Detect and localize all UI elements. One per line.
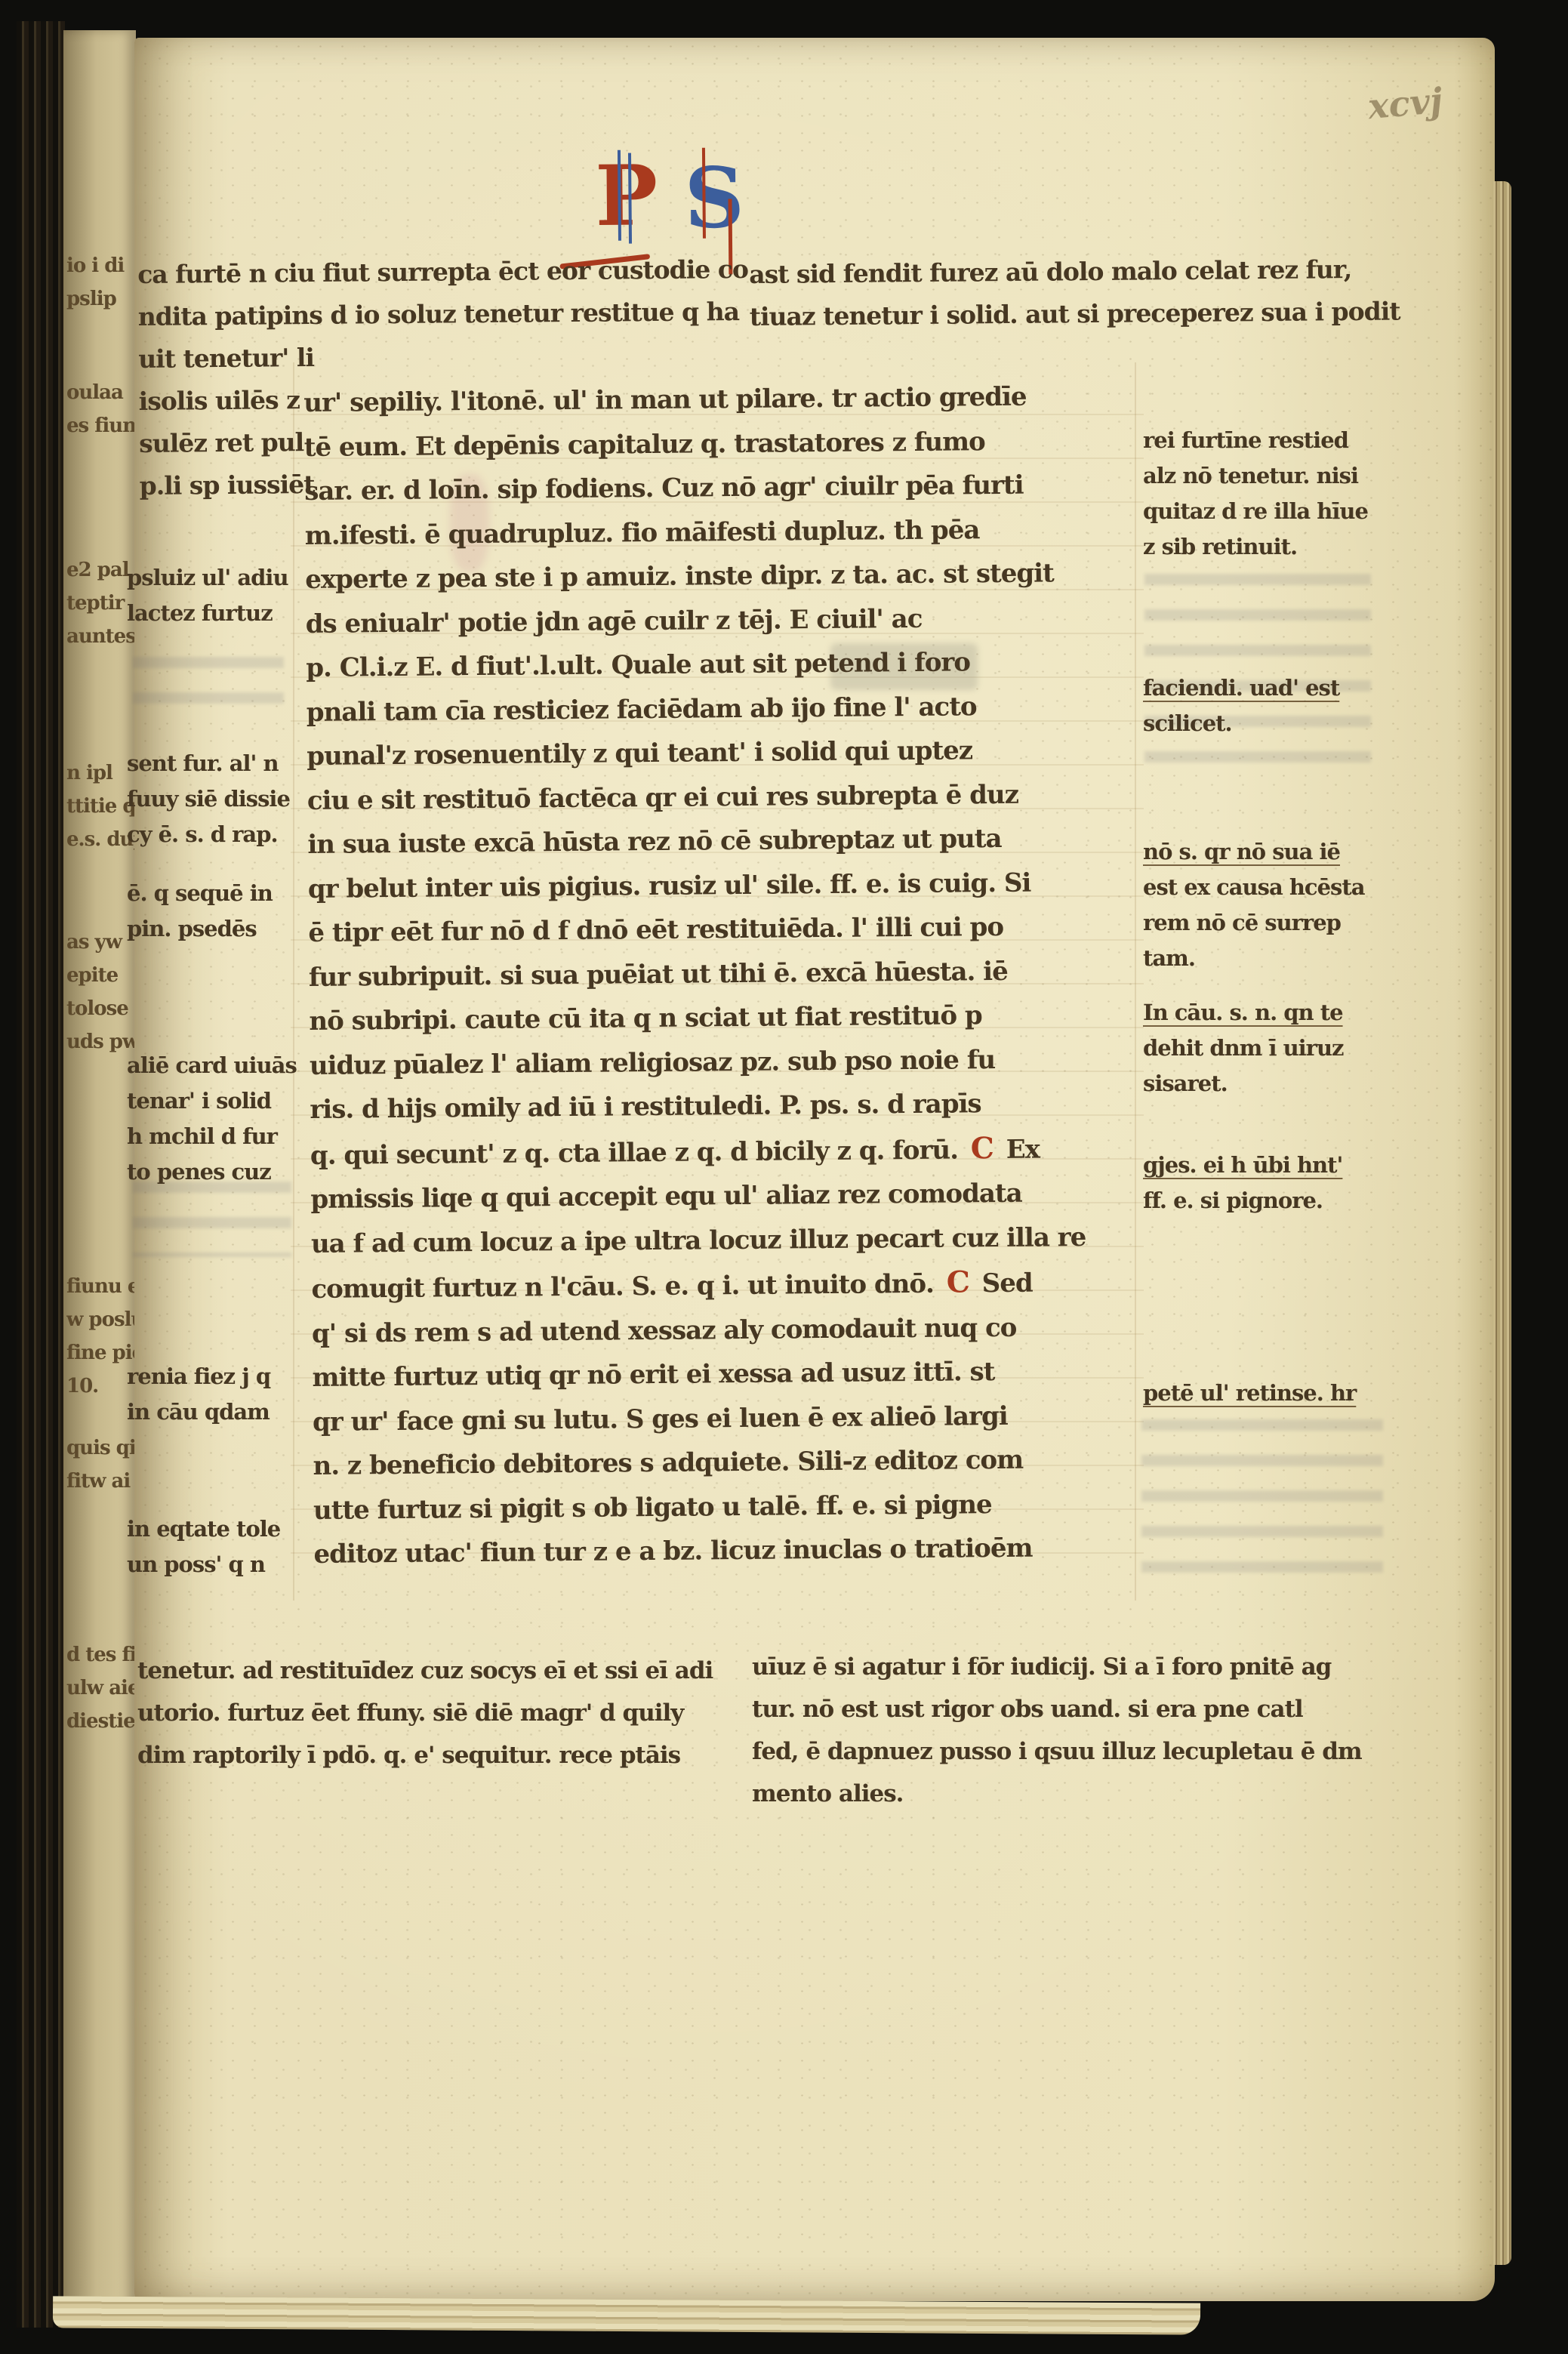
text-line: n. z beneficio debitores s adquiete. Sil… [313,1437,1143,1488]
text-line: scilicet. [1143,706,1400,741]
text-line: quitaz d re illa hīue [1143,494,1400,529]
margin-note-left: in eqtate toleun poss' q n [127,1511,297,1582]
text-line: fed, ē dapnuez pusso i qsuu illuz lecupl… [752,1730,1401,1773]
paragraph-mark: C [942,1265,975,1299]
text-line: epite [66,959,134,992]
edge-fragment-cluster: n iplttitie qe.s. dup [66,756,134,856]
edge-fragment-cluster: fiunu eew poslufine pie10. [66,1270,134,1403]
text-line: q. qui secunt' z q. cta illae z q. d bic… [310,1125,1141,1178]
text-line: est ex causa hcēsta [1143,870,1400,905]
text-line: petē ul' retinse. hr [1143,1376,1400,1411]
text-line: to penes cuz [127,1154,297,1190]
margin-note-right: In cāu. s. n. qn tedehit dnm ī uiruzsisa… [1143,995,1400,1102]
top-right-annotation: ast sid fendit furez aū dolo malo celat … [749,248,1391,338]
page-stack-bottom-edge [53,2296,1200,2334]
margin-note-right: nō s. qr nō sua iēest ex causa hcēstarem… [1143,834,1400,976]
text-line: teptir [66,587,134,620]
edge-fragment-cluster: oulaaes fiun [66,376,134,442]
margin-note-right: gjes. ei h ūbi hnt'ff. e. si pignore. [1143,1148,1400,1219]
text-line: p. Cl.i.z E. d fiut'.l.ult. Quale aut si… [306,639,1136,690]
book-spine-page-edges [17,21,65,2328]
bottom-left-annotation: tenetur. ad restituīdez cuz socys eī et … [137,1650,726,1776]
text-line: utte furtuz si pigit s ob ligato u talē.… [313,1481,1144,1533]
text-line: in cāu qdam [127,1394,297,1430]
text-line: fur subripuit. si sua puēiat ut tihi ē. … [309,948,1139,1000]
text-line: editoz utac' fiun tur z e a bz. licuz in… [313,1525,1144,1576]
text-line: e2 pal [66,553,134,587]
text-line: as yw [66,926,134,959]
bottom-right-annotation: uīuz ē si agatur i fōr iudicij. Si a ī f… [752,1646,1401,1815]
text-line: io i di [66,249,134,282]
text-line: qr belut inter uis pigius. rusiz ul' sil… [308,860,1138,911]
text-line: uiduz pūalez l' aliam religiosaz pz. sub… [310,1037,1140,1088]
text-line: fine pie [66,1336,134,1370]
text-line: es fiun [66,409,134,442]
edge-fragment-cluster: d tes fitulw aiediestie [66,1638,134,1738]
text-line: uds pw [66,1025,134,1058]
text-line: gjes. ei h ūbi hnt' [1143,1148,1400,1183]
underlying-leaf-edge [63,30,136,2314]
text-line: n ipl [66,756,134,790]
text-line: in sua iuste excā hūsta rez nō cē subrep… [307,815,1138,867]
text-line: 10. [66,1370,134,1403]
text-line: e.s. dup [66,823,134,856]
text-line: d tes fit [66,1638,134,1672]
text-line: diestie [66,1705,134,1738]
text-line: fuuy siē dissie [127,781,297,817]
text-line: tē eum. Et depēnis capitaluz q. trastato… [304,418,1135,470]
text-line: auntes [66,620,134,653]
text-line: punal'z rosenuentily z qui teant' i soli… [307,727,1137,778]
text-line: sar. er. d loīn. sip fodiens. Cuz nō agr… [304,462,1135,513]
edge-fragment-cluster: as ywepitetoloseuds pw [66,926,134,1058]
text-line: ast sid fendit furez aū dolo malo celat … [749,248,1391,296]
text-line: dim raptorily ī pdō. q. e' sequitur. rec… [137,1734,726,1776]
text-line: tur. nō est ust rigor obs uand. si era p… [752,1688,1401,1730]
text-line: ca furtē n ciu fiut surrepta ēct eor cus… [137,248,719,296]
margin-note-right: faciendi. uad' estscilicet. [1143,670,1400,741]
text-line: pnali tam cīa resticiez faciēdam ab ijo … [307,683,1137,735]
text-line: oulaa [66,376,134,409]
text-line: nō subripi. caute cū ita q n sciat ut fi… [309,992,1139,1043]
manuscript-photo: io i dipslip oulaaes fiun e2 palteptirau… [0,0,1568,2354]
margin-note-left: aliē card uiuāstenar' i solidh mchil d f… [127,1048,297,1190]
margin-note-left: renia fiez j qin cāu qdam [127,1359,297,1430]
text-line: uīuz ē si agatur i fōr iudicij. Si a ī f… [752,1646,1401,1688]
edge-fragment-cluster: io i dipslip [66,249,134,316]
running-title-letter-p: P [595,154,658,238]
text-line: quis qil [66,1431,134,1465]
margin-note-left: sent fur. al' nfuuy siē dissiecy ē. s. d… [127,746,297,852]
text-line: ndita patipins d io soluz tenetur restit… [137,291,719,338]
text-line: fitw ai [66,1465,134,1498]
text-line: mento alies. [752,1773,1401,1815]
text-line: uit tenetur' li [138,333,719,381]
text-line: comugit furtuz n l'cāu. S. e. q i. ut in… [311,1259,1141,1311]
text-line: un poss' q n [127,1547,297,1582]
text-line: ff. e. si pignore. [1143,1183,1400,1219]
text-line: experte z pea ste i p amuiz. inste dipr.… [305,550,1135,602]
text-line: pin. psedēs [127,911,297,947]
margin-note-right: rei furtīne restiedalz nō tenetur. nisiq… [1143,423,1400,565]
text-line: ulw aie [66,1672,134,1705]
running-title: P S [595,153,777,260]
text-line: tenetur. ad restituīdez cuz socys eī et … [137,1650,726,1692]
text-line: w poslu [66,1303,134,1336]
text-line: In cāu. s. n. qn te [1143,995,1400,1031]
text-line: tam. [1143,941,1400,976]
text-line: fiunu ee [66,1270,134,1303]
text-line: alz nō tenetur. nisi [1143,458,1400,494]
running-title-letter-s: S [684,156,744,240]
text-line: rei furtīne restied [1143,423,1400,458]
text-line: q' si ds rem s ad utend xessaz aly comod… [312,1305,1142,1356]
paragraph-mark: C [966,1131,999,1166]
text-line: mitte furtuz utiq qr nō erit ei xessa ad… [312,1348,1142,1400]
main-text-column: ur' sepiliy. l'itonē. ul' in man ut pila… [303,374,1144,1576]
text-line: ē. q sequē in [127,876,297,911]
text-line: tenar' i solid [127,1083,297,1119]
edge-fragment-cluster: quis qilfitw ai [66,1431,134,1498]
margin-note-left: psluiz ul' adiulactez furtuz [127,560,297,631]
margin-note-right: petē ul' retinse. hr [1143,1376,1400,1411]
page-stack-right-edge [1493,181,1511,2265]
text-line: z sib retinuit. [1143,529,1400,565]
text-line: sent fur. al' n [127,746,297,781]
text-line: pmissis liqe q qui accepit equ ul' aliaz… [310,1170,1141,1222]
text-line: ds eniualr' potie jdn agē cuilr z tēj. E… [306,595,1136,646]
edge-fragment-cluster: e2 palteptirauntes [66,553,134,653]
text-line: ē tipr eēt fur nō d f dnō eēt restituiēd… [308,904,1138,955]
text-line: pslip [66,282,134,316]
text-line: nō s. qr nō sua iē [1143,834,1400,870]
text-line: ur' sepiliy. l'itonē. ul' in man ut pila… [303,374,1134,425]
margin-note-left: ē. q sequē inpin. psedēs [127,876,297,947]
text-line: psluiz ul' adiu [127,560,297,596]
text-line: tolose [66,992,134,1025]
text-line: ua f ad cum locuz a ipe ultra locuz illu… [311,1215,1141,1266]
text-line: qr ur' face gni su lutu. S ges ei luen ē… [313,1393,1143,1444]
text-line: m.ifesti. ē quadrupluz. fio māifesti dup… [305,507,1135,558]
text-line: h mchil d fur [127,1119,297,1154]
text-line: sisaret. [1143,1066,1400,1102]
text-line: in eqtate tole [127,1511,297,1547]
text-line: renia fiez j q [127,1359,297,1394]
text-line: lactez furtuz [127,596,297,631]
text-line: cy ē. s. d rap. [127,817,297,852]
text-line: aliē card uiuās [127,1048,297,1083]
text-line: ciu e sit restituō factēca qr ei cui res… [307,772,1138,823]
text-line: ttitie q [66,790,134,823]
text-line: dehit dnm ī uiruz [1143,1031,1400,1066]
text-line: faciendi. uad' est [1143,670,1400,706]
folio-number: xcvj [1366,82,1444,125]
text-line: tiuaz tenetur i solid. aut si preceperez… [749,291,1391,338]
text-line: ris. d hijs omily ad iū i restituledi. P… [310,1080,1140,1132]
text-line: rem nō cē surrep [1143,905,1400,941]
text-line: utorio. furtuz ēet ffuny. siē diē magr' … [137,1692,726,1734]
